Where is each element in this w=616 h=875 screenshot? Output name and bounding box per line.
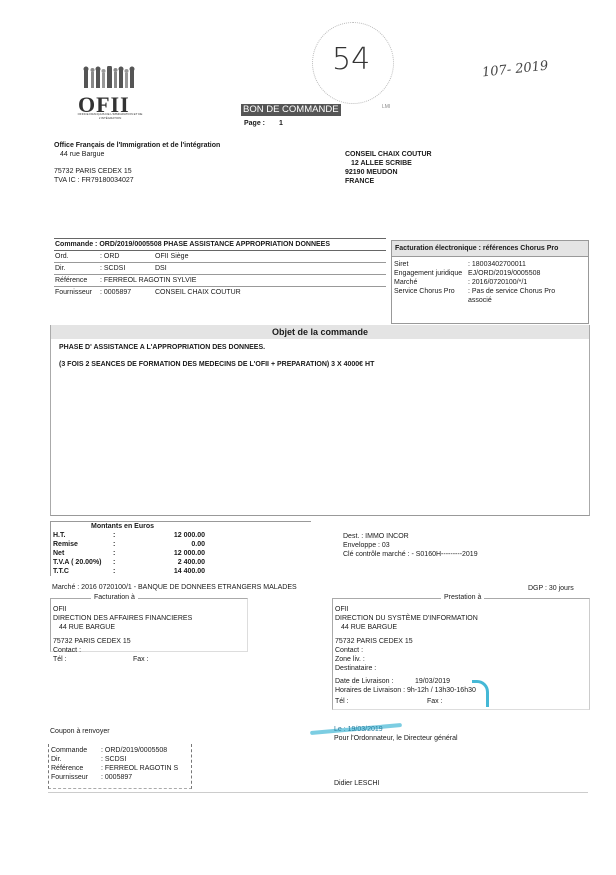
billing-fax: Fax : bbox=[133, 655, 149, 664]
page-indicator: Page : 1 bbox=[244, 119, 283, 128]
order-row-extra: CONSEIL CHAIX COUTUR bbox=[155, 288, 241, 297]
page-number: 1 bbox=[279, 120, 283, 127]
amount-value: 14 400.00 bbox=[133, 567, 205, 576]
object-line-2: (3 FOIS 2 SEANCES DE FORMATION DES MEDEC… bbox=[51, 352, 589, 369]
ofii-logo-subtitle: OFFICE FRANÇAIS DE L'IMMIGRATION ET DE L… bbox=[76, 113, 144, 120]
coupon-row-supplier: Fournisseur : 0005897 bbox=[51, 773, 191, 782]
chorus-row-label: Marché bbox=[394, 278, 468, 287]
billing-block: Facturation à OFII DIRECTION DES AFFAIRE… bbox=[50, 598, 248, 652]
sender-name: Office Français de l'Immigration et de l… bbox=[54, 141, 220, 150]
coupon-title: Coupon à renvoyer bbox=[50, 727, 110, 736]
delivery-date: 19/03/2019 bbox=[415, 677, 450, 686]
order-row-ord: Ord. : ORD OFII Siège bbox=[54, 251, 386, 263]
order-row-extra: DSI bbox=[155, 264, 167, 273]
billing-org: OFII bbox=[53, 605, 247, 614]
amount-row-ht: H.T. : 12 000.00 bbox=[51, 531, 311, 540]
signature-date: Le : 19/03/2019 bbox=[334, 725, 383, 734]
service-city: 75732 PARIS CEDEX 15 bbox=[335, 637, 589, 646]
billing-street: 44 RUE BARGUE bbox=[53, 623, 247, 632]
order-row-reference: Référence : FERREOL RAGOTIN SYLVIE bbox=[54, 275, 386, 287]
chorus-row-siret: Siret : 18003402700011 bbox=[394, 260, 586, 269]
chorus-row-label: Siret bbox=[394, 260, 468, 269]
amount-label: Remise bbox=[51, 540, 113, 549]
recipient-city: 92190 MEUDON bbox=[345, 168, 432, 177]
coupon-block: Commande : ORD/2019/0005508 Dir. : SCDSI… bbox=[48, 744, 192, 789]
document-title: BON DE COMMANDE bbox=[241, 104, 341, 116]
chorus-block: Facturation électronique : références Ch… bbox=[391, 240, 589, 324]
delivery-date-label: Date de Livraison : bbox=[335, 677, 415, 686]
amount-row-ttc: T.T.C : 14 400.00 bbox=[51, 567, 311, 576]
amount-sep: : bbox=[113, 567, 133, 576]
amounts-title: Montants en Euros bbox=[51, 522, 311, 531]
coupon-row-order: Commande : ORD/2019/0005508 bbox=[51, 746, 191, 755]
recipient-block: CONSEIL CHAIX COUTUR 12 ALLEE SCRIBE 921… bbox=[345, 150, 432, 186]
chorus-row-label: Service Chorus Pro bbox=[394, 287, 468, 305]
destination-key: Clé contrôle marché : - S0160H---------2… bbox=[343, 550, 478, 559]
chorus-row-label: Engagement juridique bbox=[394, 269, 468, 278]
amount-label: T.V.A ( 20.00%) bbox=[51, 558, 113, 567]
object-line-1: PHASE D' ASSISTANCE A L'APPROPRIATION DE… bbox=[51, 339, 589, 352]
amount-sep: : bbox=[113, 531, 133, 540]
signature-role: Pour l'Ordonnateur, le Directeur général bbox=[334, 734, 458, 743]
amount-sep: : bbox=[113, 558, 133, 567]
ofii-logo-people-icon bbox=[82, 66, 138, 88]
amount-row-tva: T.V.A ( 20.00%) : 2 400.00 bbox=[51, 558, 311, 567]
coupon-label: Fournisseur bbox=[51, 773, 101, 782]
coupon-label: Commande bbox=[51, 746, 101, 755]
chorus-row-engagement: Engagement juridique EJ/ORD/2019/0005508 bbox=[394, 269, 586, 278]
chorus-row-value: : 18003402700011 bbox=[468, 260, 526, 269]
amount-sep: : bbox=[113, 540, 133, 549]
order-row-label: Ord. bbox=[55, 252, 100, 261]
order-block: Commande : ORD/2019/0005508 PHASE ASSIST… bbox=[54, 238, 386, 298]
chorus-title: Facturation électronique : références Ch… bbox=[392, 241, 588, 257]
service-org: OFII bbox=[335, 605, 589, 614]
chorus-row-marche: Marché : 2016/0720100/*/1 bbox=[394, 278, 586, 287]
billing-tel: Tél : bbox=[53, 655, 133, 664]
order-row-value: : FERREOL RAGOTIN SYLVIE bbox=[100, 276, 196, 285]
market-label: Marché : 2016 0720100/1 - BANQUE DE DONN… bbox=[52, 583, 297, 592]
order-row-dir: Dir. : SCDSI DSI bbox=[54, 263, 386, 275]
coupon-value: : ORD/2019/0005508 bbox=[101, 746, 167, 755]
service-fax: Fax : bbox=[427, 697, 443, 706]
billing-dept: DIRECTION DES AFFAIRES FINANCIERES bbox=[53, 614, 247, 623]
order-row-value: : 0005897 bbox=[100, 288, 155, 297]
amount-value: 0.00 bbox=[133, 540, 205, 549]
object-block: Objet de la commande PHASE D' ASSISTANCE… bbox=[50, 325, 590, 516]
highlighter-mark bbox=[472, 680, 489, 707]
order-row-value: : SCDSI bbox=[100, 264, 155, 273]
amount-sep: : bbox=[113, 549, 133, 558]
page-label: Page : bbox=[244, 120, 265, 127]
order-row-supplier: Fournisseur : 0005897 CONSEIL CHAIX COUT… bbox=[54, 287, 386, 298]
service-dept: DIRECTION DU SYSTÈME D'INFORMATION bbox=[335, 614, 589, 623]
coupon-row-reference: Référence : FERREOL RAGOTIN S bbox=[51, 764, 191, 773]
coupon-value: : SCDSI bbox=[101, 755, 126, 764]
market-dgp: DGP : 30 jours bbox=[528, 584, 574, 593]
signature-name: Didier LESCHI bbox=[334, 779, 380, 788]
service-title: Prestation à bbox=[441, 593, 484, 602]
order-row-label: Dir. bbox=[55, 264, 100, 273]
amount-row-net: Net : 12 000.00 bbox=[51, 549, 311, 558]
amount-label: H.T. bbox=[51, 531, 113, 540]
order-title: Commande : ORD/2019/0005508 PHASE ASSIST… bbox=[54, 238, 386, 251]
billing-contact: Contact : bbox=[53, 646, 247, 655]
amount-value: 12 000.00 bbox=[133, 549, 205, 558]
chorus-row-value: : Pas de service Chorus Pro associé bbox=[468, 287, 578, 305]
sender-vat: TVA IC : FR79180034027 bbox=[54, 176, 220, 185]
amount-row-remise: Remise : 0.00 bbox=[51, 540, 311, 549]
destination-dest: Dest. : IMMO INCOR bbox=[343, 532, 478, 541]
billing-city: 75732 PARIS CEDEX 15 bbox=[53, 637, 247, 646]
service-recipient: Destinataire : bbox=[335, 664, 589, 673]
recipient-street: 12 ALLEE SCRIBE bbox=[345, 159, 432, 168]
chorus-row-value: EJ/ORD/2019/0005508 bbox=[468, 269, 540, 278]
recipient-name: CONSEIL CHAIX COUTUR bbox=[345, 150, 432, 159]
order-row-extra: OFII Siège bbox=[155, 252, 188, 261]
sender-block: Office Français de l'Immigration et de l… bbox=[54, 141, 220, 185]
chorus-row-service: Service Chorus Pro : Pas de service Chor… bbox=[394, 287, 586, 305]
recipient-country: FRANCE bbox=[345, 177, 432, 186]
amount-value: 2 400.00 bbox=[133, 558, 205, 567]
coupon-label: Référence bbox=[51, 764, 101, 773]
coupon-row-dir: Dir. : SCDSI bbox=[51, 755, 191, 764]
amount-value: 12 000.00 bbox=[133, 531, 205, 540]
handwritten-note: 107- 2019 bbox=[481, 59, 549, 81]
coupon-value: : FERREOL RAGOTIN S bbox=[101, 764, 178, 773]
service-street: 44 RUE BARGUE bbox=[335, 623, 589, 632]
delivery-hours: Horaires de Livraison : 9h-12h / 13h30-1… bbox=[335, 686, 589, 695]
coupon-label: Dir. bbox=[51, 755, 101, 764]
service-block: Prestation à OFII DIRECTION DU SYSTÈME D… bbox=[332, 598, 590, 710]
footer-divider bbox=[48, 792, 588, 793]
stamp-number: 54 bbox=[332, 42, 370, 77]
billing-title: Facturation à bbox=[91, 593, 138, 602]
amount-label: T.T.C bbox=[51, 567, 113, 576]
chorus-row-value: : 2016/0720100/*/1 bbox=[468, 278, 527, 287]
object-title: Objet de la commande bbox=[51, 325, 589, 339]
coupon-value: : 0005897 bbox=[101, 773, 132, 782]
sender-street: 44 rue Bargue bbox=[54, 150, 220, 159]
order-row-label: Fournisseur bbox=[55, 288, 100, 297]
amount-label: Net bbox=[51, 549, 113, 558]
service-zone: Zone liv. : bbox=[335, 655, 589, 664]
service-tel: Tél : bbox=[335, 697, 427, 706]
order-row-value: : ORD bbox=[100, 252, 155, 261]
destination-block: Dest. : IMMO INCOR Enveloppe : 03 Clé co… bbox=[343, 532, 478, 559]
service-contact: Contact : bbox=[335, 646, 589, 655]
amounts-block: Montants en Euros H.T. : 12 000.00 Remis… bbox=[50, 521, 311, 576]
sender-city: 75732 PARIS CEDEX 15 bbox=[54, 167, 220, 176]
destination-envelope: Enveloppe : 03 bbox=[343, 541, 478, 550]
order-row-label: Référence bbox=[55, 276, 100, 285]
stamp-small-text: LMI bbox=[382, 104, 390, 110]
